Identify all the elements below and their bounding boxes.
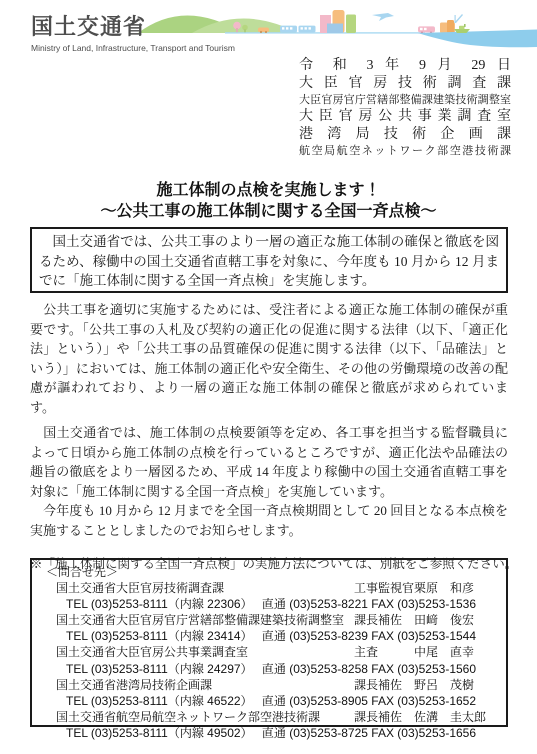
contact-name: 栗原 和彦 xyxy=(414,580,492,596)
contact-tel: TEL (03)5253-8111（内線 49502） 直通 (03)5253-… xyxy=(44,725,492,741)
issuing-dept-1: 大 臣 官 房 技 術 調 査 課 xyxy=(299,75,511,93)
contact-box: ＜問合せ先＞ 国土交通省大臣官房技術調査課 工事監視官 栗原 和彦 TEL (0… xyxy=(30,558,508,727)
contact-row: 国土交通省港湾局技術企画課 課長補佐 野呂 茂樹 xyxy=(44,677,492,693)
contact-department: 国土交通省港湾局技術企画課 xyxy=(44,677,354,693)
contact-tel: TEL (03)5253-8111（内線 24297） 直通 (03)5253-… xyxy=(44,661,492,677)
summary-text: 国土交通省では、公共工事のより一層の適正な施工体制の確保と徹底を図るため、稼働中… xyxy=(39,234,499,288)
ministry-logo-subtitle: Ministry of Land, Infrastructure, Transp… xyxy=(31,43,235,53)
contact-name: 佐溝 圭太郎 xyxy=(414,709,492,725)
contact-heading: ＜問合せ先＞ xyxy=(44,564,492,580)
contact-name: 野呂 茂樹 xyxy=(414,677,492,693)
contact-row: 国土交通省大臣官房技術調査課 工事監視官 栗原 和彦 xyxy=(44,580,492,596)
airplane-icon xyxy=(372,13,394,21)
contact-tel: TEL (03)5253-8111（内線 46522） 直通 (03)5253-… xyxy=(44,693,492,709)
sea-graphic xyxy=(418,30,537,48)
contact-row: 国土交通省大臣官房官庁営繕部整備課建築技術調整室 課長補佐 田﨑 俊宏 xyxy=(44,612,492,628)
title-line-1: 施工体制の点検を実施します！ xyxy=(0,180,537,201)
contact-title: 主査 xyxy=(354,644,414,660)
document-date: 令 和 3 年 9 月 29 日 xyxy=(299,57,511,75)
body-paragraph-1: 公共工事を適切に実施するためには、受注者による適正な施工体制の確保が重要です。「… xyxy=(30,300,508,417)
document-title: 施工体制の点検を実施します！ ～公共工事の施工体制に関する全国一斉点検～ xyxy=(0,180,537,222)
contact-department: 国土交通省大臣官房技術調査課 xyxy=(44,580,354,596)
contact-tel: TEL (03)5253-8111（内線 22306） 直通 (03)5253-… xyxy=(44,596,492,612)
contact-department: 国土交通省大臣官房官庁営繕部整備課建築技術調整室 xyxy=(44,612,354,628)
boat-icon xyxy=(454,24,470,33)
issuing-dept-5: 航空局航空ネットワーク部空港技術課 xyxy=(299,144,511,159)
contact-row: 国土交通省大臣官房公共事業調査室 主査 中尾 直幸 xyxy=(44,644,492,660)
contact-name: 中尾 直幸 xyxy=(414,644,492,660)
contact-title: 課長補佐 xyxy=(354,612,414,628)
issuing-dept-4: 港 湾 局 技 術 企 画 課 xyxy=(299,126,511,144)
ministry-logo: 国土交通省 Ministry of Land, Infrastructure, … xyxy=(31,10,235,53)
contact-title: 課長補佐 xyxy=(354,709,414,725)
body-text: 公共工事を適切に実施するためには、受注者による適正な施工体制の確保が重要です。「… xyxy=(30,300,508,575)
body-paragraph-2: 国土交通省では、施工体制の点検要領等を定め、各工事を担当する監督職員によって日頃… xyxy=(30,423,508,501)
contact-department: 国土交通省航空局航空ネットワーク部空港技術課 xyxy=(44,709,354,725)
press-release-document: 国土交通省 Ministry of Land, Infrastructure, … xyxy=(0,0,537,754)
issuing-dept-3: 大 臣 官 房 公 共 事 業 調 査 室 xyxy=(299,108,511,126)
contact-name: 田﨑 俊宏 xyxy=(414,612,492,628)
title-line-2: ～公共工事の施工体制に関する全国一斉点検～ xyxy=(0,201,537,222)
issuing-dept-2: 大臣官房官庁営繕部整備課建築技術調整室 xyxy=(299,93,511,108)
train-icon xyxy=(280,26,316,33)
ministry-logo-title: 国土交通省 xyxy=(31,10,235,41)
issuing-info-block: 令 和 3 年 9 月 29 日 大 臣 官 房 技 術 調 査 課 大臣官房官… xyxy=(299,57,511,159)
contact-title: 工事監視官 xyxy=(354,580,414,596)
body-paragraph-3: 今年度も 10 月から 12 月までを全国一斉点検期間として 20 回目となる本… xyxy=(30,501,508,540)
contact-title: 課長補佐 xyxy=(354,677,414,693)
contact-department: 国土交通省大臣官房公共事業調査室 xyxy=(44,644,354,660)
buildings-icon xyxy=(320,10,356,33)
contact-row: 国土交通省航空局航空ネットワーク部空港技術課 課長補佐 佐溝 圭太郎 xyxy=(44,709,492,725)
summary-box: 国土交通省では、公共工事のより一層の適正な施工体制の確保と徹底を図るため、稼働中… xyxy=(30,227,508,293)
contact-tel: TEL (03)5253-8111（内線 23414） 直通 (03)5253-… xyxy=(44,628,492,644)
